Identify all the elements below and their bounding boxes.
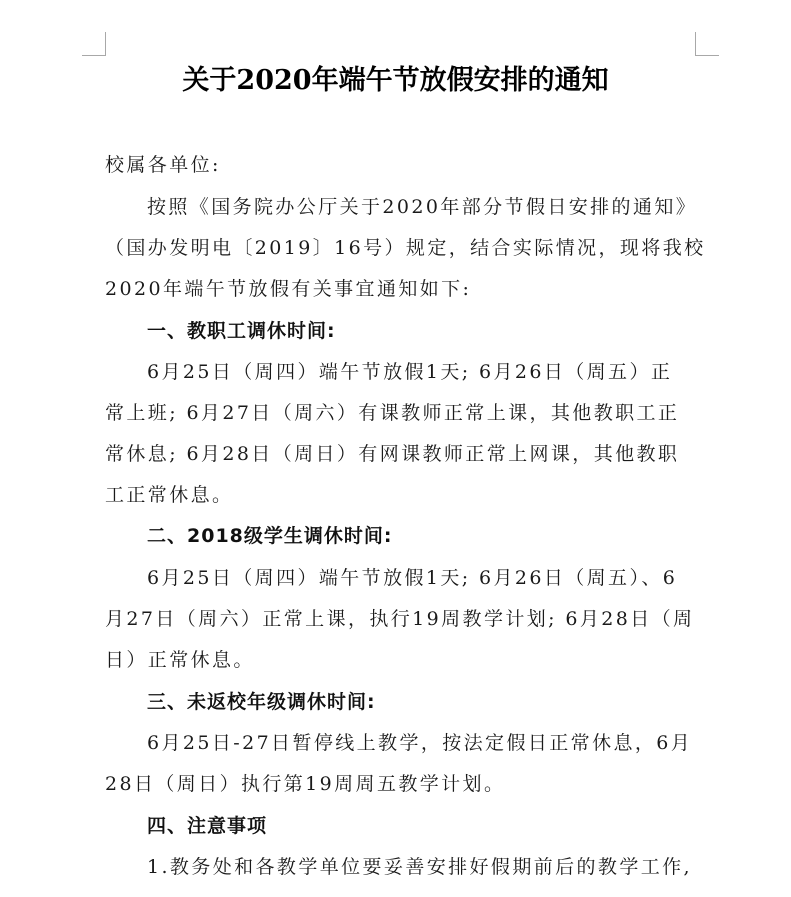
intro-line-1: 按照《国务院办公厅关于2020年部分节假日安排的通知》	[147, 192, 737, 219]
intro-line-3: 2020年端午节放假有关事宜通知如下:	[105, 274, 695, 301]
section-1-line-1: 6月25日（周四）端午节放假1天; 6月26日（周五）正	[147, 357, 737, 384]
section-2-line-1: 6月25日（周四）端午节放假1天; 6月26日（周五）、6	[147, 563, 737, 590]
section-1-heading: 一、教职工调休时间:	[147, 316, 737, 343]
margin-corner-mark-top-right	[695, 32, 719, 56]
section-2-heading: 二、2018级学生调休时间:	[147, 521, 737, 548]
section-1-line-2: 常上班; 6月27日（周六）有课教师正常上课，其他教职工正	[105, 398, 695, 425]
section-3-heading: 三、未返校年级调休时间:	[147, 687, 737, 714]
section-4-heading: 四、注意事项	[147, 811, 737, 838]
section-1-line-3: 常休息; 6月28日（周日）有网课教师正常上网课，其他教职	[105, 439, 695, 466]
section-2-line-2: 月27日（周六）正常上课，执行19周教学计划; 6月28日（周	[105, 604, 695, 631]
margin-corner-mark-top-left	[82, 32, 106, 56]
document-page: 关于2020年端午节放假安排的通知 校属各单位: 按照《国务院办公厅关于2020…	[0, 0, 791, 897]
document-title: 关于2020年端午节放假安排的通知	[0, 58, 791, 97]
salutation: 校属各单位:	[105, 150, 695, 177]
section-3-line-2: 28日（周日）执行第19周周五教学计划。	[105, 769, 695, 796]
section-4-line-1: 1.教务处和各教学单位要妥善安排好假期前后的教学工作,	[147, 852, 737, 879]
intro-line-2: （国办发明电〔2019〕16号）规定，结合实际情况，现将我校	[105, 233, 695, 260]
section-1-line-4: 工正常休息。	[105, 480, 695, 507]
section-2-line-3: 日）正常休息。	[105, 645, 695, 672]
section-3-line-1: 6月25日-27日暂停线上教学，按法定假日正常休息，6月	[147, 728, 737, 755]
